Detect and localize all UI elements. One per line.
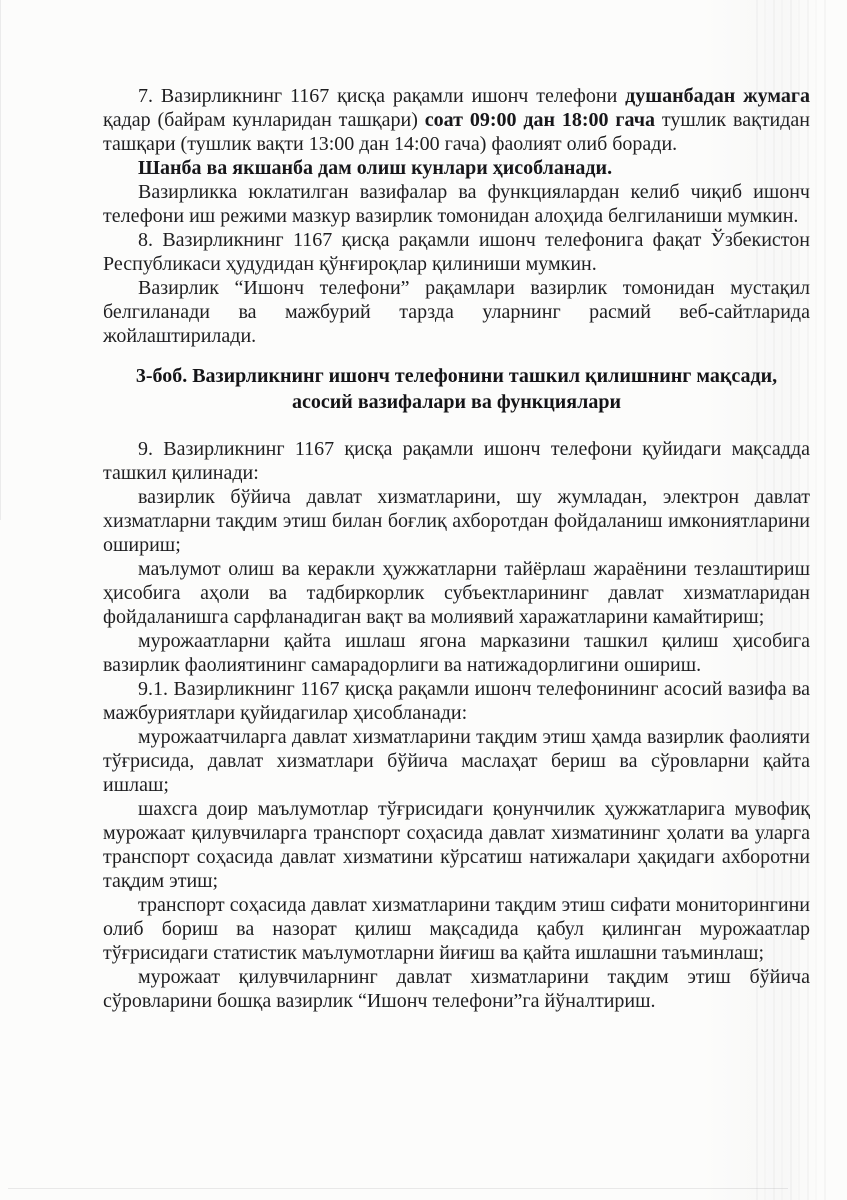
text-run: шахсга доир маълумотлар тўғрисидаги қону…: [103, 798, 810, 892]
paragraph-duty-item-3: транспорт соҳасида давлат хизматларини т…: [103, 893, 810, 965]
text-run: мурожаат қилувчиларнинг давлат хизматлар…: [103, 966, 810, 1012]
paragraph-weekend-note: Шанба ва якшанба дам олиш кунлари ҳисобл…: [103, 156, 810, 180]
paragraph-purpose-item-1: вазирлик бўйича давлат хизматларини, шу …: [103, 485, 810, 557]
scanned-page: 7. Вазирликнинг 1167 қисқа рақамли ишонч…: [0, 0, 847, 1200]
chapter-heading-line-2: асосий вазифалари ва функциялари: [103, 389, 810, 415]
text-run: маълумот олиш ва керакли ҳужжатларни тай…: [103, 558, 810, 628]
chapter-heading-line-1: 3-боб. Вазирликнинг ишонч телефонини таш…: [103, 363, 810, 389]
text-run-bold-hours: соат 09:00 дан 18:00 гача: [425, 109, 655, 131]
paragraph-duty-item-1: мурожаатчиларга давлат хизматларини тақд…: [103, 725, 810, 797]
paragraph-work-mode: Вазирликка юклатилган вазифалар ва функц…: [103, 180, 810, 228]
text-run: Вазирликка юклатилган вазифалар ва функц…: [103, 181, 810, 227]
chapter-3-heading: 3-боб. Вазирликнинг ишонч телефонини таш…: [103, 363, 810, 415]
text-run: Вазирлик “Ишонч телефони” рақамлари вази…: [103, 277, 810, 347]
paragraph-purpose-item-3: мурожаатларни қайта ишлаш ягона марказин…: [103, 629, 810, 677]
paragraph-hotline-numbers: Вазирлик “Ишонч телефони” рақамлари вази…: [103, 276, 810, 348]
text-run: 9. Вазирликнинг 1167 қисқа рақамли ишонч…: [103, 438, 810, 484]
text-run: мурожаатчиларга давлат хизматларини тақд…: [103, 726, 810, 796]
paragraph-9-purpose: 9. Вазирликнинг 1167 қисқа рақамли ишонч…: [103, 437, 810, 485]
paragraph-duty-item-4: мурожаат қилувчиларнинг давлат хизматлар…: [103, 965, 810, 1013]
scan-bottom-edge-artifact: [8, 1188, 788, 1189]
paragraph-8-calls: 8. Вазирликнинг 1167 қисқа рақамли ишонч…: [103, 228, 810, 276]
text-run: қадар (байрам кунларидан ташқари): [103, 109, 425, 131]
text-run: транспорт соҳасида давлат хизматларини т…: [103, 894, 810, 964]
text-run-bold-days: душанбадан жумага: [625, 85, 810, 107]
paragraph-duty-item-2: шахсга доир маълумотлар тўғрисидаги қону…: [103, 797, 810, 893]
text-run: 7. Вазирликнинг 1167 қисқа рақамли ишонч…: [138, 85, 625, 107]
text-run: 9.1. Вазирликнинг 1167 қисқа рақамли ишо…: [103, 678, 810, 724]
scan-left-edge-artifact: [0, 0, 1, 520]
text-run: вазирлик бўйича давлат хизматларини, шу …: [103, 486, 810, 556]
paragraph-9-1-duties: 9.1. Вазирликнинг 1167 қисқа рақамли ишо…: [103, 677, 810, 725]
paragraph-purpose-item-2: маълумот олиш ва керакли ҳужжатларни тай…: [103, 557, 810, 629]
document-body: 7. Вазирликнинг 1167 қисқа рақамли ишонч…: [103, 84, 810, 1013]
text-run: 8. Вазирликнинг 1167 қисқа рақамли ишонч…: [103, 229, 810, 275]
text-run: мурожаатларни қайта ишлаш ягона марказин…: [103, 630, 810, 676]
paragraph-7-schedule: 7. Вазирликнинг 1167 қисқа рақамли ишонч…: [103, 84, 810, 156]
text-run: Шанба ва якшанба дам олиш кунлари ҳисобл…: [138, 157, 612, 179]
